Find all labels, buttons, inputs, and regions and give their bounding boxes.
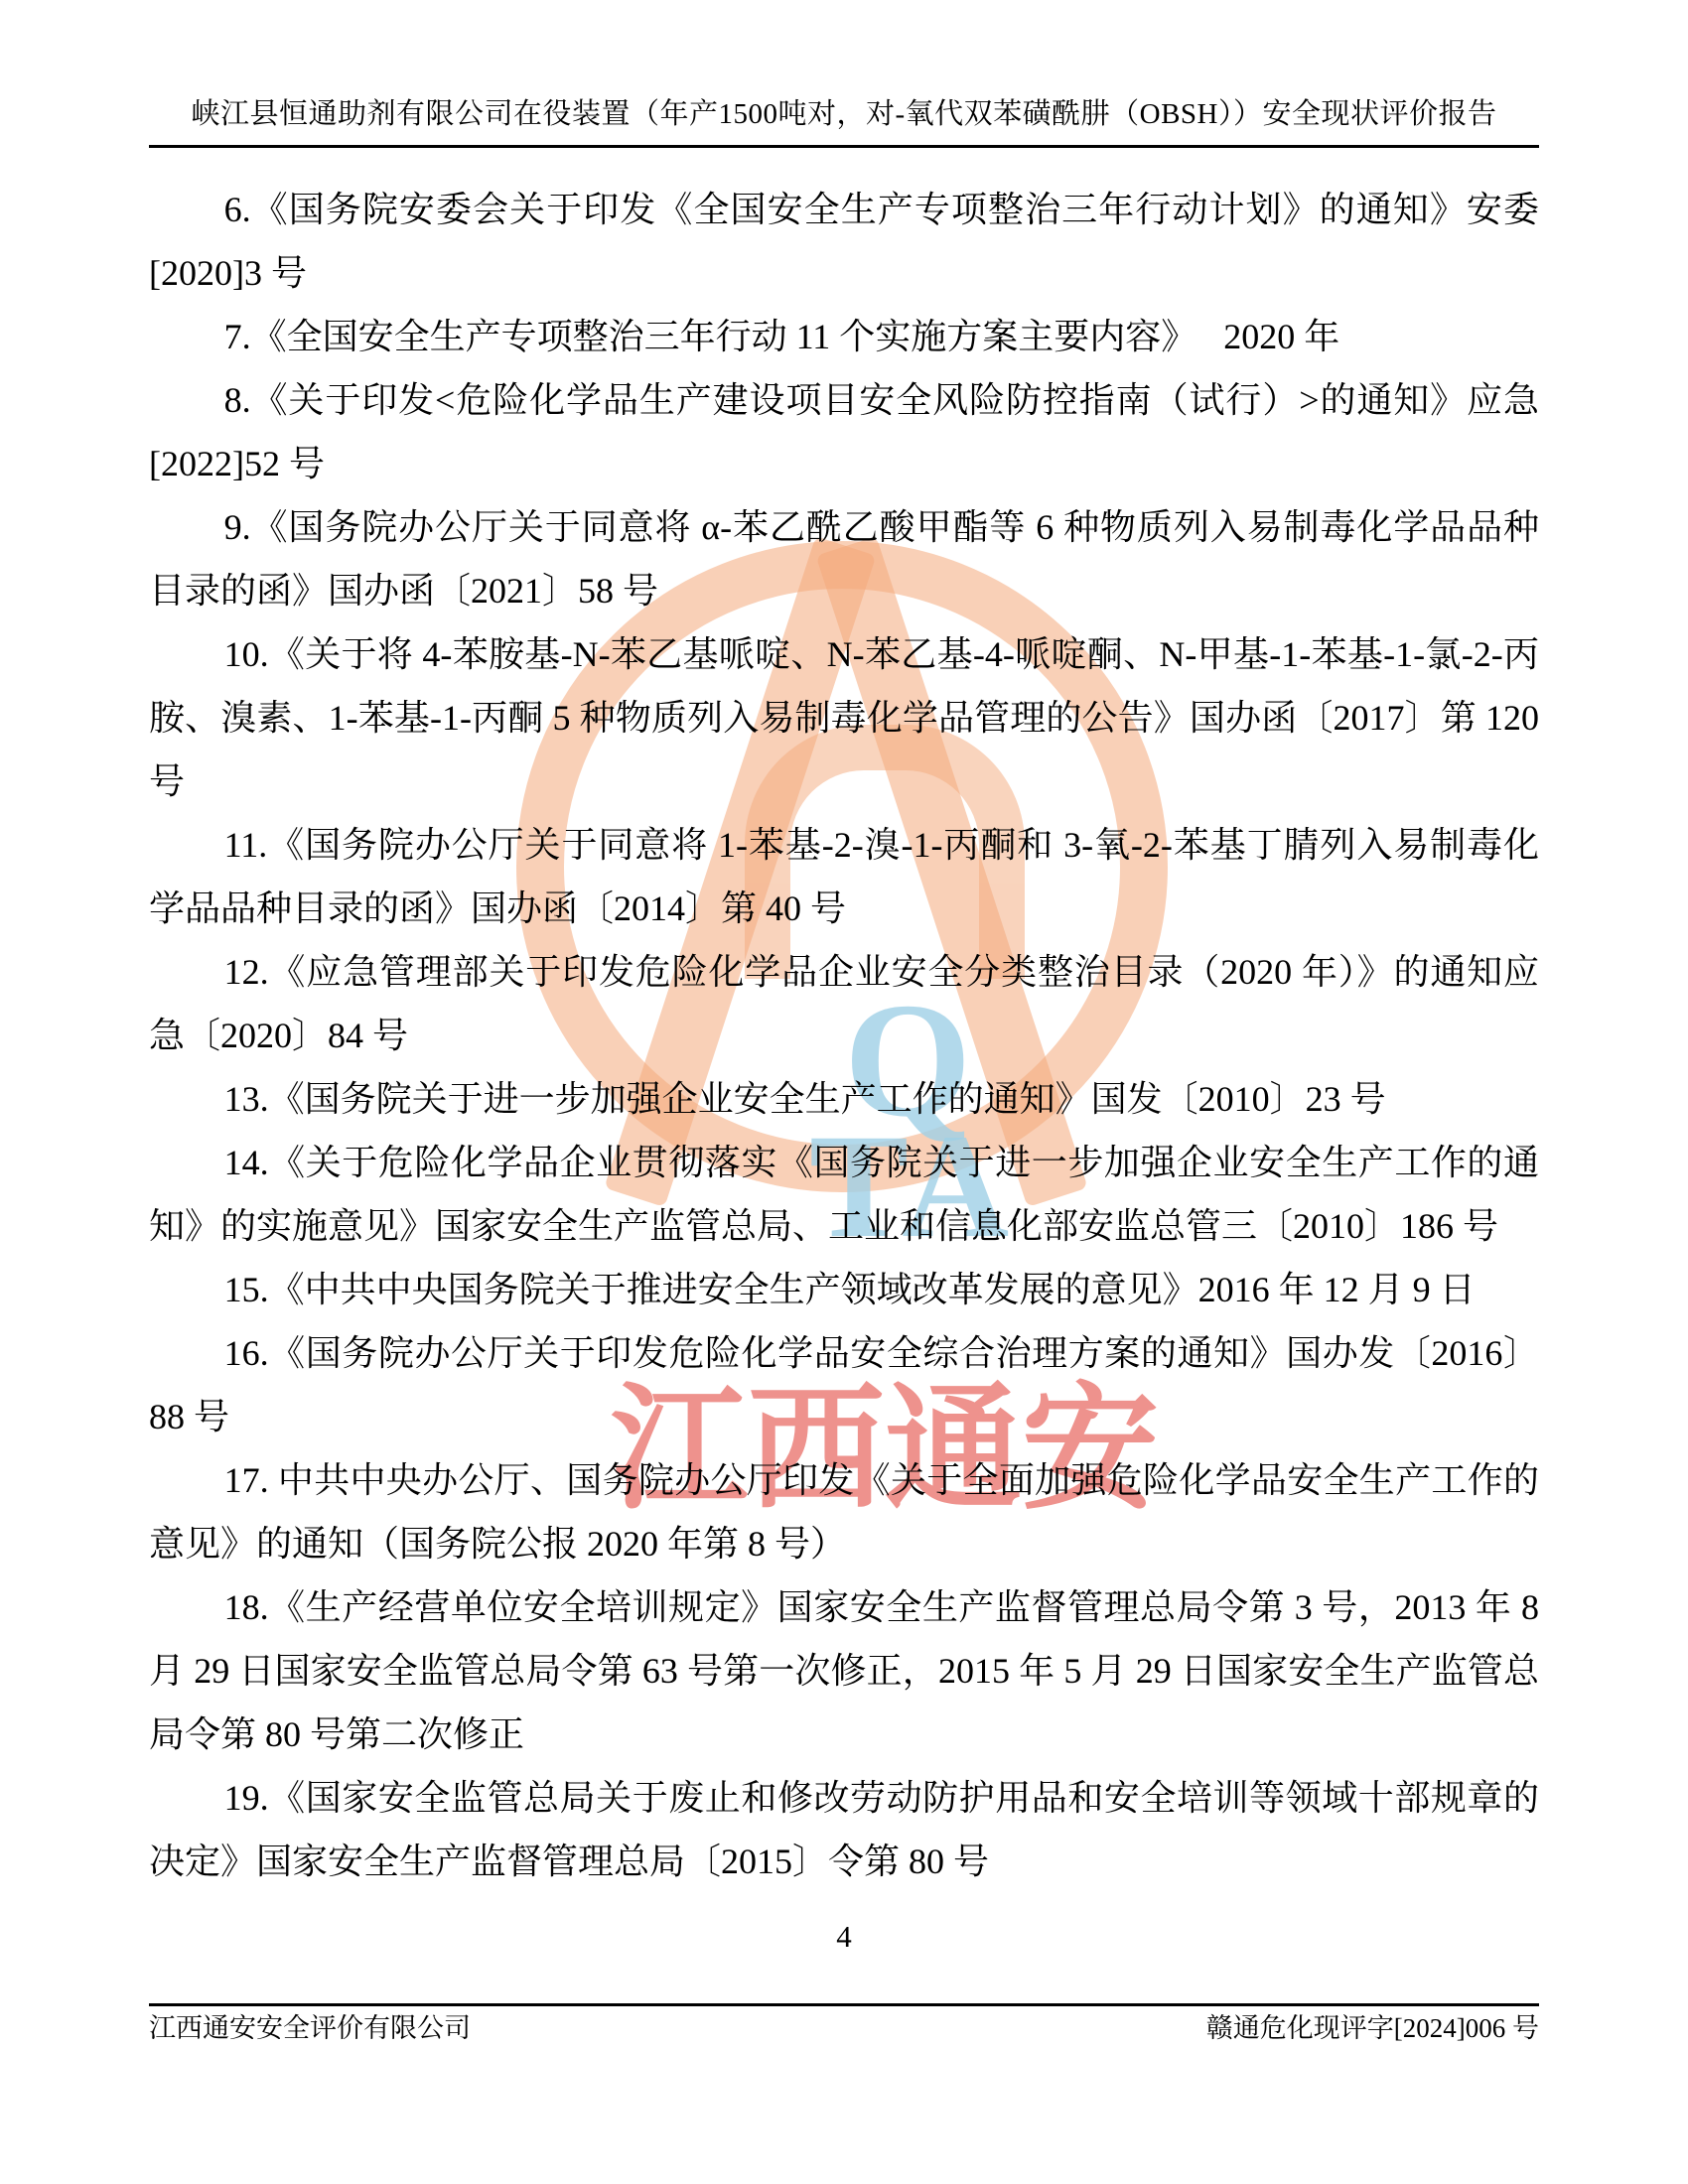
list-item: 12.《应急管理部关于印发危险化学品企业安全分类整治目录（2020 年）》的通知… (149, 940, 1539, 1067)
list-item: 16.《国务院办公厅关于印发危险化学品安全综合治理方案的通知》国办发〔2016〕… (149, 1321, 1539, 1448)
report-header-title: 峡江县恒通助剂有限公司在役装置（年产1500吨对，对-氧代双苯磺酰肼（OBSH）… (149, 0, 1539, 132)
footer-rule (149, 2003, 1539, 2006)
list-item: 18.《生产经营单位安全培训规定》国家安全生产监督管理总局令第 3 号，2013… (149, 1575, 1539, 1766)
page-number: 4 (149, 1919, 1539, 1955)
reference-list: 6.《国务院安委会关于印发《全国安全生产专项整治三年行动计划》的通知》安委[20… (149, 178, 1539, 1893)
page-content: 峡江县恒通助剂有限公司在役装置（年产1500吨对，对-氧代双苯磺酰肼（OBSH）… (0, 0, 1688, 1955)
list-item: 10.《关于将 4-苯胺基-N-苯乙基哌啶、N-苯乙基-4-哌啶酮、N-甲基-1… (149, 622, 1539, 813)
list-item: 7.《全国安全生产专项整治三年行动 11 个实施方案主要内容》 2020 年 (149, 305, 1539, 368)
list-item: 13.《国务院关于进一步加强企业安全生产工作的通知》国发〔2010〕23 号 (149, 1067, 1539, 1131)
page-footer: 江西通安安全评价有限公司 赣通危化现评字[2024]006 号 (149, 2003, 1539, 2044)
header-rule (149, 145, 1539, 148)
footer-company-name: 江西通安安全评价有限公司 (149, 2012, 471, 2044)
list-item: 15.《中共中央国务院关于推进安全生产领域改革发展的意见》2016 年 12 月… (149, 1258, 1539, 1321)
list-item: 9.《国务院办公厅关于同意将 α-苯乙酰乙酸甲酯等 6 种物质列入易制毒化学品品… (149, 495, 1539, 622)
list-item: 17. 中共中央办公厅、国务院办公厅印发《关于全面加强危险化学品安全生产工作的意… (149, 1448, 1539, 1575)
list-item: 6.《国务院安委会关于印发《全国安全生产专项整治三年行动计划》的通知》安委[20… (149, 178, 1539, 305)
list-item: 14.《关于危险化学品企业贯彻落实《国务院关于进一步加强企业安全生产工作的通知》… (149, 1131, 1539, 1258)
footer-document-number: 赣通危化现评字[2024]006 号 (1206, 2012, 1539, 2044)
document-page: Q TA 江西通安 峡江县恒通助剂有限公司在役装置（年产1500吨对，对-氧代双… (0, 0, 1688, 2184)
list-item: 19.《国家安全监管总局关于废止和修改劳动防护用品和安全培训等领域十部规章的决定… (149, 1766, 1539, 1893)
list-item: 8.《关于印发<危险化学品生产建设项目安全风险防控指南（试行）>的通知》应急[2… (149, 368, 1539, 495)
list-item: 11.《国务院办公厅关于同意将 1-苯基-2-溴-1-丙酮和 3-氧-2-苯基丁… (149, 813, 1539, 940)
